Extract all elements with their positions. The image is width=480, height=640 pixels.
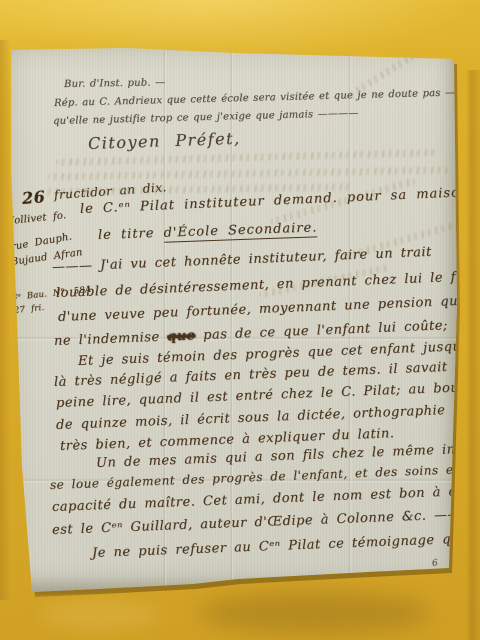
background-right-band bbox=[466, 70, 480, 640]
archival-note-line: Rép. au C. Andrieux que cette école sera… bbox=[54, 87, 455, 109]
registry-number: 27 fri. bbox=[13, 303, 44, 316]
archival-note-line: qu'elle ne justifie trop ce que j'exige … bbox=[53, 108, 359, 127]
page-mark: 6 bbox=[431, 558, 439, 569]
salutation: Citoyen Préfet, bbox=[88, 129, 241, 153]
letter-paper: Bur. d'Inst. pub. — Rép. au C. Andrieux … bbox=[8, 46, 458, 592]
date-day: 26 bbox=[21, 187, 46, 208]
subject-line-2: le titre d'École Secondaire. bbox=[98, 220, 318, 243]
margin-note: Jollivet fo. bbox=[9, 210, 66, 227]
body-text: ne l'indemnise bbox=[54, 329, 168, 349]
struck-word: que bbox=[167, 328, 196, 344]
background-left-strip bbox=[0, 40, 9, 600]
archival-note-line: Bur. d'Inst. pub. — bbox=[64, 77, 165, 90]
vertical-fold-crease bbox=[348, 46, 352, 592]
background-shadow-smudge bbox=[200, 592, 430, 634]
photo-of-manuscript-letter: Bur. d'Inst. pub. — Rép. au C. Andrieux … bbox=[0, 0, 480, 640]
subject-underlined: d'École Secondaire. bbox=[163, 220, 317, 242]
closing-line: Je ne puis refuser au Cᵉⁿ Pilat ce témoi… bbox=[92, 531, 480, 561]
background-light-smudge bbox=[40, 600, 160, 630]
ink-bleed-line bbox=[48, 167, 448, 181]
subject-plain: le titre bbox=[98, 226, 164, 243]
